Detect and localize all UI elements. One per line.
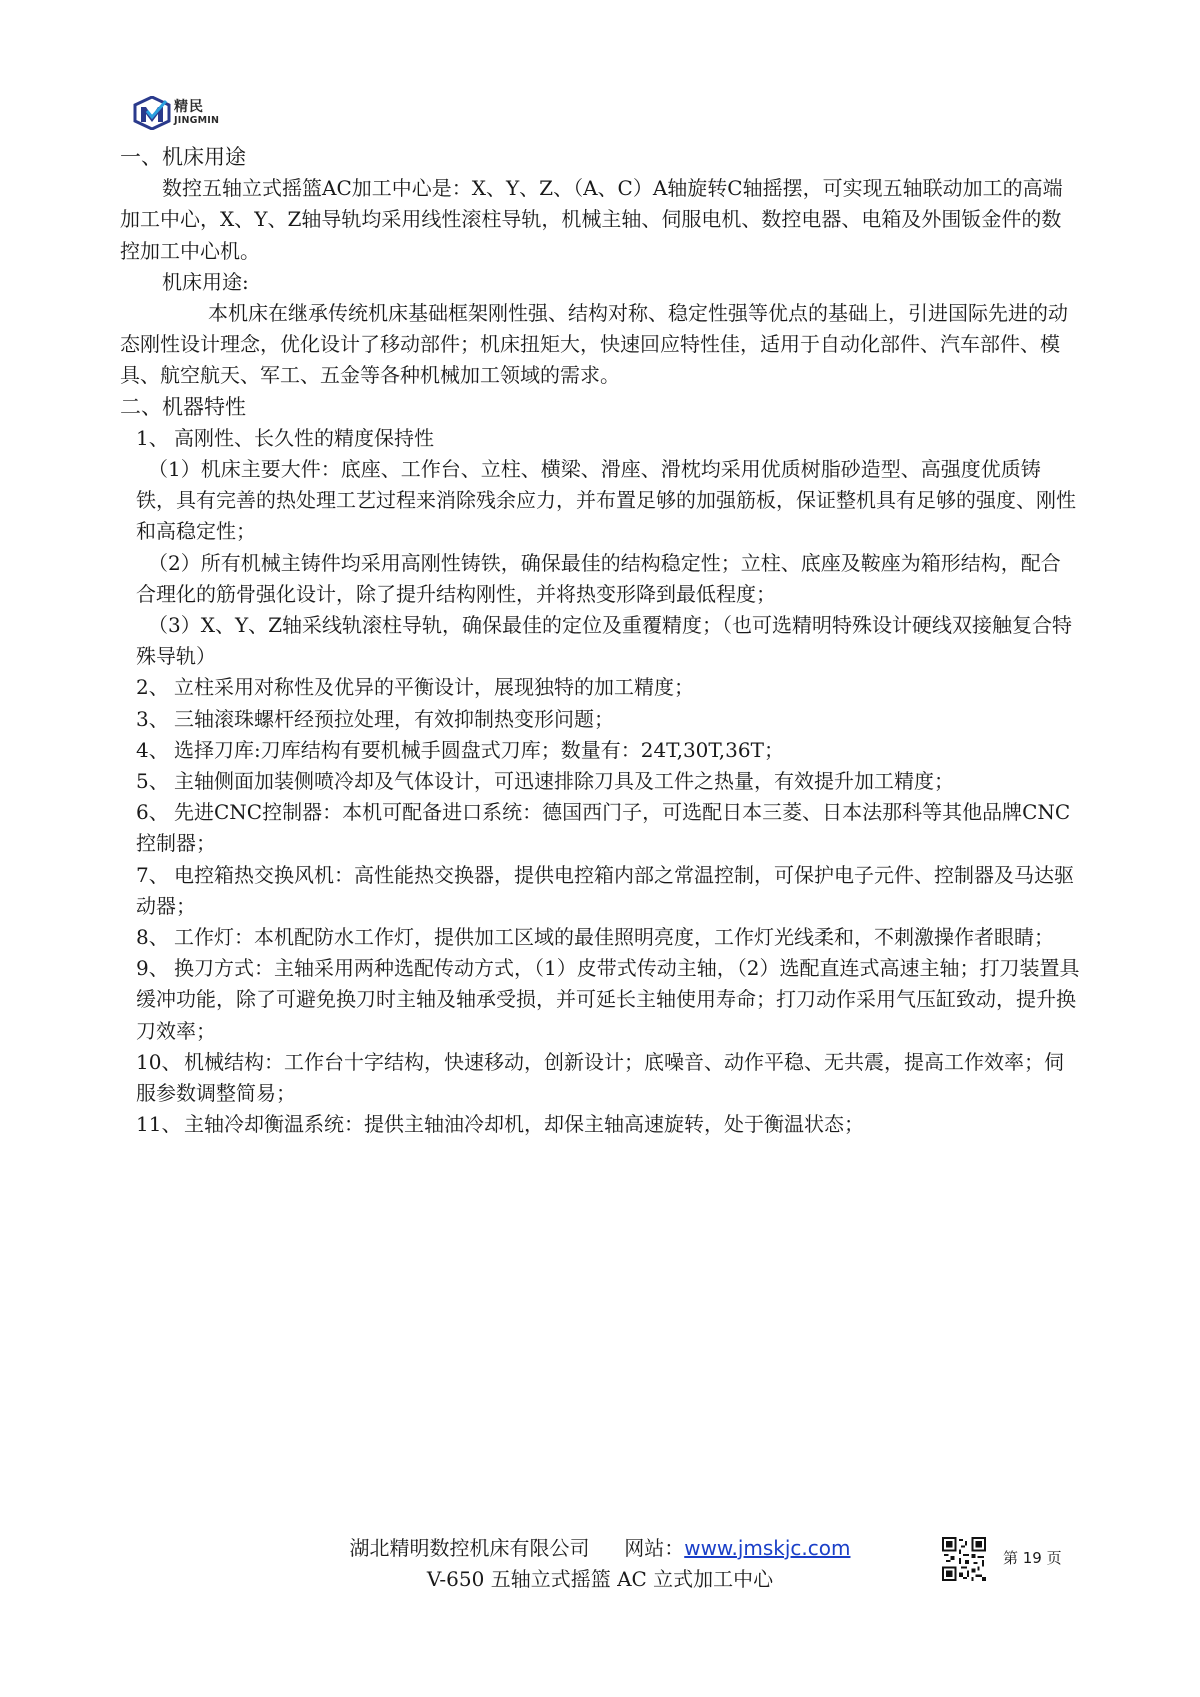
item-number: 6、 (136, 797, 174, 828)
item-text: 选择刀库:刀库结构有要机械手圆盘式刀库；数量有：24T,30T,36T； (174, 738, 784, 762)
website-label: 网站： (624, 1536, 684, 1560)
logo-chinese-text: 精民 (174, 100, 219, 114)
item-number: 8、 (136, 922, 174, 953)
item-text: 工作灯：本机配防水工作灯，提供加工区域的最佳照明亮度，工作灯光线柔和，不刺激操作… (174, 925, 1054, 949)
feature-item-9: 9、换刀方式：主轴采用两种选配传动方式，（1）皮带式传动主轴，（2）选配直连式高… (120, 953, 1080, 1047)
feature-item-4: 4、选择刀库:刀库结构有要机械手圆盘式刀库；数量有：24T,30T,36T； (120, 735, 1080, 766)
item-number: 4、 (136, 735, 174, 766)
item-text: 换刀方式：主轴采用两种选配传动方式，（1）皮带式传动主轴，（2）选配直连式高速主… (136, 956, 1079, 1042)
document-body: 一、机床用途 数控五轴立式摇篮AC加工中心是：X、Y、Z、（A、C）A轴旋转C轴… (120, 142, 1080, 1141)
feature-item-10: 10、机械结构：工作台十字结构，快速移动，创新设计；底噪音、动作平稳、无共震，提… (120, 1047, 1080, 1109)
item-number: 3、 (136, 704, 174, 735)
qr-code-icon (942, 1537, 986, 1581)
item-number: 2、 (136, 672, 174, 703)
item-text: 高刚性、长久性的精度保持性 (174, 426, 434, 450)
item-number: 9、 (136, 953, 174, 984)
item-number: 10、 (136, 1047, 184, 1078)
item-text: 主轴侧面加装侧喷冷却及气体设计，可迅速排除刀具及工件之热量，有效提升加工精度； (174, 769, 954, 793)
feature-item-11: 11、主轴冷却衡温系统：提供主轴油冷却机，却保主轴高速旋转，处于衡温状态； (120, 1109, 1080, 1140)
page-number: 第 19 页 (1003, 1547, 1062, 1568)
feature-item-1: 1、高刚性、长久性的精度保持性 (120, 423, 1080, 454)
feature-item-7: 7、电控箱热交换风机：高性能热交换器，提供电控箱内部之常温控制，可保护电子元件、… (120, 860, 1080, 922)
item-text: 机械结构：工作台十字结构，快速移动，创新设计；底噪音、动作平稳、无共震，提高工作… (136, 1050, 1064, 1105)
item-number: 7、 (136, 860, 174, 891)
feature-item-8: 8、工作灯：本机配防水工作灯，提供加工区域的最佳照明亮度，工作灯光线柔和，不刺激… (120, 922, 1080, 953)
company-logo: 精民 JINGMIN (133, 96, 243, 130)
item-text: 电控箱热交换风机：高性能热交换器，提供电控箱内部之常温控制，可保护电子元件、控制… (136, 863, 1074, 918)
website-link[interactable]: www.jmskjc.com (684, 1536, 850, 1560)
logo-english-text: JINGMIN (174, 116, 219, 126)
feature-subitem-3: （3）X、Y、Z轴采线轨滚柱导轨，确保最佳的定位及重覆精度；（也可选精明特殊设计… (120, 610, 1080, 672)
feature-item-5: 5、主轴侧面加装侧喷冷却及气体设计，可迅速排除刀具及工件之热量，有效提升加工精度… (120, 766, 1080, 797)
section-1-intro: 数控五轴立式摇篮AC加工中心是：X、Y、Z、（A、C）A轴旋转C轴摇摆，可实现五… (120, 173, 1080, 267)
jingmin-logo-icon (133, 96, 171, 130)
company-name: 湖北精明数控机床有限公司 (350, 1536, 590, 1560)
section-1-subheading: 机床用途: (120, 267, 1080, 298)
section-1-heading: 一、机床用途 (120, 142, 1080, 173)
item-text: 三轴滚珠螺杆经预拉处理，有效抑制热变形问题； (174, 707, 614, 731)
feature-item-2: 2、立柱采用对称性及优异的平衡设计，展现独特的加工精度； (120, 672, 1080, 703)
section-1-body: 本机床在继承传统机床基础框架刚性强、结构对称、稳定性强等优点的基础上，引进国际先… (120, 298, 1080, 392)
feature-item-3: 3、三轴滚珠螺杆经预拉处理，有效抑制热变形问题； (120, 704, 1080, 735)
item-text: 先进CNC控制器：本机可配备进口系统：德国西门子，可选配日本三菱、日本法那科等其… (136, 800, 1070, 855)
section-2-heading: 二、机器特性 (120, 392, 1080, 423)
feature-item-6: 6、先进CNC控制器：本机可配备进口系统：德国西门子，可选配日本三菱、日本法那科… (120, 797, 1080, 859)
item-number: 5、 (136, 766, 174, 797)
item-number: 1、 (136, 423, 174, 454)
item-text: 主轴冷却衡温系统：提供主轴油冷却机，却保主轴高速旋转，处于衡温状态； (184, 1112, 864, 1136)
feature-subitem-2: （2）所有机械主铸件均采用高刚性铸铁，确保最佳的结构稳定性；立柱、底座及鞍座为箱… (120, 548, 1080, 610)
feature-subitem-1: （1）机床主要大件：底座、工作台、立柱、横梁、滑座、滑枕均采用优质树脂砂造型、高… (120, 454, 1080, 548)
item-number: 11、 (136, 1109, 184, 1140)
item-text: 立柱采用对称性及优异的平衡设计，展现独特的加工精度； (174, 675, 694, 699)
